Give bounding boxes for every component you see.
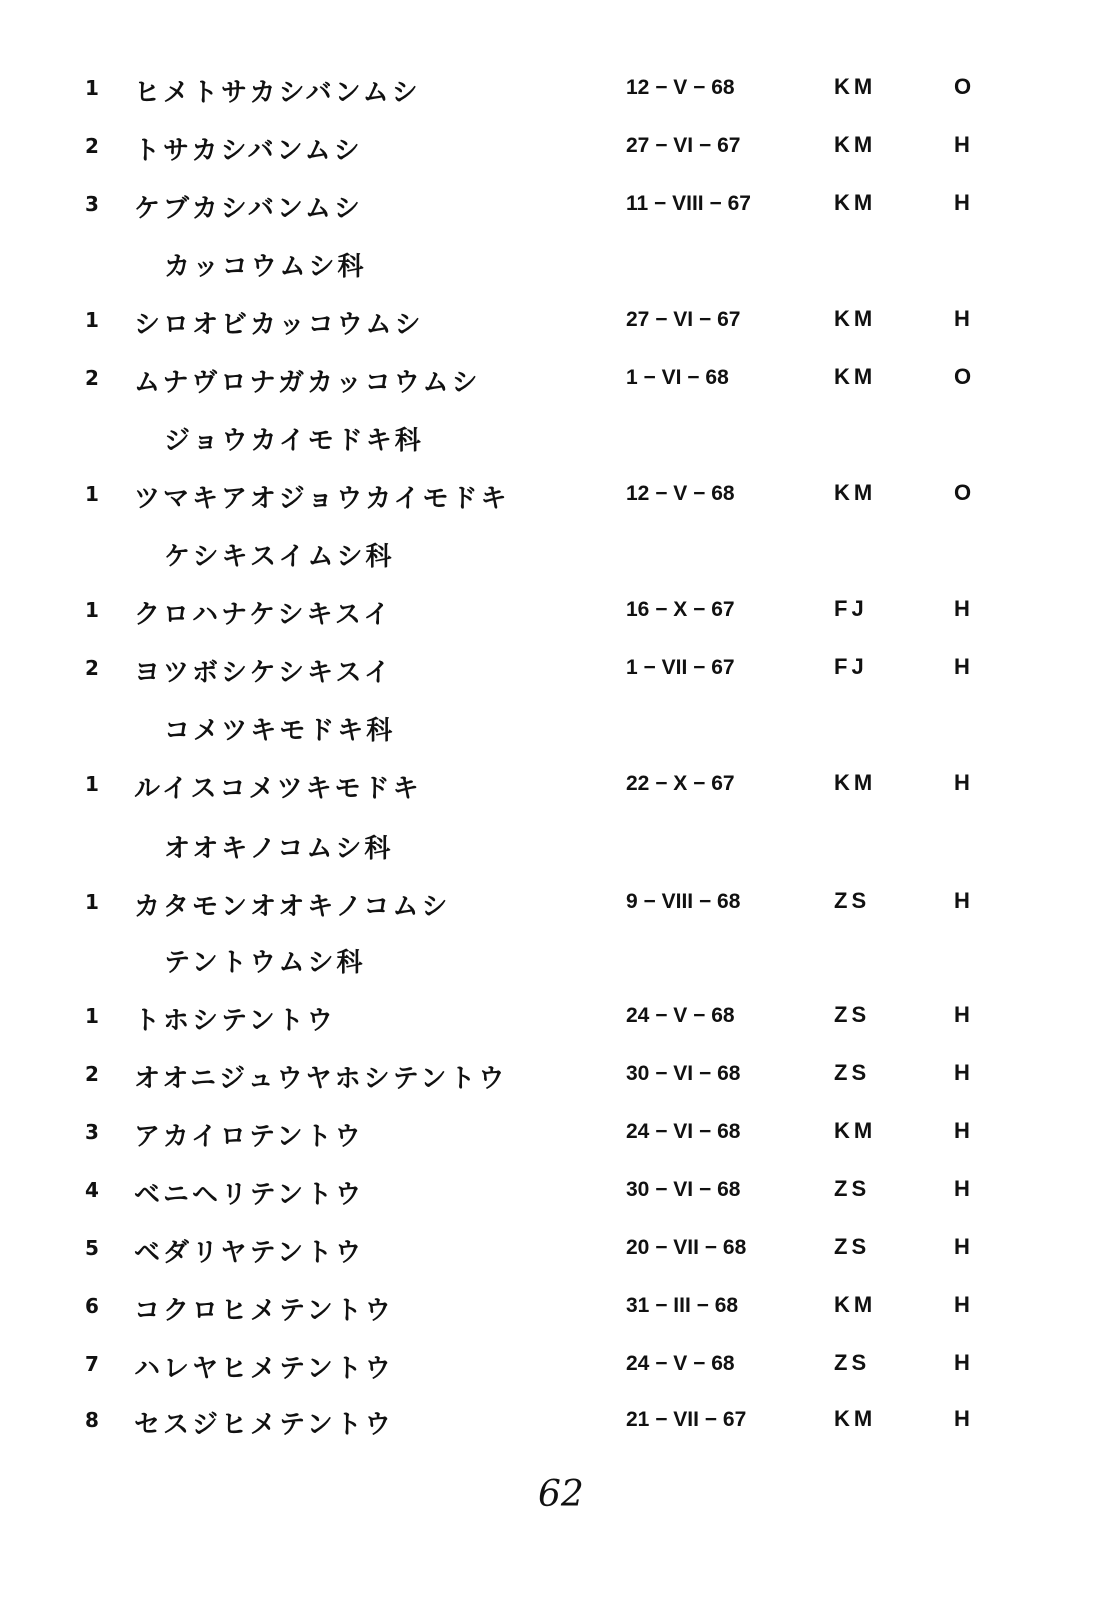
collection-date: 1 − VII − 67 — [626, 656, 776, 680]
record-type: O — [954, 74, 971, 100]
record-type: H — [954, 596, 970, 622]
record-type: H — [954, 888, 970, 914]
collection-date: 12 − V − 68 — [626, 482, 776, 506]
collection-date: 30 − VI − 68 — [626, 1062, 776, 1086]
collector-code: ZS — [834, 1234, 870, 1260]
species-name: ムナヴロナガカッコウムシ — [134, 362, 480, 399]
record-type: O — [954, 480, 971, 506]
species-number: 8 — [80, 1408, 104, 1432]
record-type: H — [954, 1292, 970, 1318]
species-row: 8 セスジヒメテントウ 21 − VII − 67 KM H — [0, 1402, 1100, 1442]
collector-code: ZS — [834, 1060, 870, 1086]
species-row: 1 シロオビカッコウムシ 27 − VI − 67 KM H — [0, 302, 1100, 342]
family-heading-row: コメツキモドキ科 — [0, 708, 1100, 748]
species-number: 1 — [80, 772, 104, 796]
species-number: 1 — [80, 598, 104, 622]
family-heading: オオキノコムシ科 — [164, 828, 393, 865]
collector-code: KM — [834, 132, 876, 158]
record-type: H — [954, 770, 970, 796]
collection-date: 24 − V − 68 — [626, 1352, 776, 1376]
collection-date: 16 − X − 67 — [626, 598, 776, 622]
collector-code: KM — [834, 1406, 876, 1432]
species-row: 4 ベニヘリテントウ 30 − VI − 68 ZS H — [0, 1172, 1100, 1212]
record-type: H — [954, 1002, 970, 1028]
record-type: H — [954, 1406, 970, 1432]
species-row: 2 トサカシバンムシ 27 − VI − 67 KM H — [0, 128, 1100, 168]
species-row: 2 オオニジュウヤホシテントウ 30 − VI − 68 ZS H — [0, 1056, 1100, 1096]
page-number: 62 — [538, 1474, 584, 1515]
species-number: 1 — [80, 76, 104, 100]
species-row: 1 ルイスコメツキモドキ 22 − X − 67 KM H — [0, 766, 1100, 806]
record-type: H — [954, 1176, 970, 1202]
collection-date: 9 − VIII − 68 — [626, 890, 776, 914]
collection-date: 24 − V − 68 — [626, 1004, 776, 1028]
species-row: 3 ケブカシバンムシ 11 − VIII − 67 KM H — [0, 186, 1100, 226]
record-type: O — [954, 364, 971, 390]
collector-code: FJ — [834, 596, 868, 622]
collection-date: 27 − VI − 67 — [626, 134, 776, 158]
collector-code: KM — [834, 74, 876, 100]
species-row: 6 コクロヒメテントウ 31 − III − 68 KM H — [0, 1288, 1100, 1328]
collector-code: FJ — [834, 654, 868, 680]
species-name: クロハナケシキスイ — [134, 594, 392, 631]
record-type: H — [954, 1060, 970, 1086]
species-number: 3 — [80, 1120, 104, 1144]
record-type: H — [954, 132, 970, 158]
species-row: 3 アカイロテントウ 24 − VI − 68 KM H — [0, 1114, 1100, 1154]
document-page: 1 ヒメトサカシバンムシ 12 − V − 68 KM O 2 トサカシバンムシ… — [0, 0, 1100, 1609]
species-row: 1 クロハナケシキスイ 16 − X − 67 FJ H — [0, 592, 1100, 632]
species-number: 2 — [80, 1062, 104, 1086]
species-number: 2 — [80, 656, 104, 680]
species-number: 7 — [80, 1352, 104, 1376]
species-row: 1 ヒメトサカシバンムシ 12 − V − 68 KM O — [0, 70, 1100, 110]
record-type: H — [954, 190, 970, 216]
collection-date: 31 − III − 68 — [626, 1294, 776, 1318]
family-heading: テントウムシ科 — [164, 942, 365, 979]
species-number: 1 — [80, 1004, 104, 1028]
species-name: コクロヒメテントウ — [134, 1290, 394, 1327]
species-row: 1 ツマキアオジョウカイモドキ 12 − V − 68 KM O — [0, 476, 1100, 516]
collector-code: ZS — [834, 888, 870, 914]
species-number: 6 — [80, 1294, 104, 1318]
record-type: H — [954, 654, 970, 680]
species-name: ベダリヤテントウ — [134, 1232, 364, 1269]
species-name: トホシテントウ — [134, 1000, 336, 1037]
collection-date: 30 − VI − 68 — [626, 1178, 776, 1202]
family-heading: ジョウカイモドキ科 — [164, 420, 424, 457]
collector-code: KM — [834, 1118, 876, 1144]
species-row: 7 ハレヤヒメテントウ 24 − V − 68 ZS H — [0, 1346, 1100, 1386]
species-row: 2 ヨツボシケシキスイ 1 − VII − 67 FJ H — [0, 650, 1100, 690]
family-heading: コメツキモドキ科 — [164, 710, 395, 747]
collection-date: 24 − VI − 68 — [626, 1120, 776, 1144]
species-number: 5 — [80, 1236, 104, 1260]
species-number: 4 — [80, 1178, 104, 1202]
collection-date: 27 − VI − 67 — [626, 308, 776, 332]
family-heading: カッコウムシ科 — [164, 246, 366, 283]
record-type: H — [954, 306, 970, 332]
species-name: トサカシバンムシ — [134, 130, 363, 167]
species-row: 5 ベダリヤテントウ 20 − VII − 68 ZS H — [0, 1230, 1100, 1270]
species-name: カタモンオオキノコムシ — [134, 886, 450, 923]
collection-date: 12 − V − 68 — [626, 76, 776, 100]
collection-date: 1 − VI − 68 — [626, 366, 776, 390]
collection-date: 20 − VII − 68 — [626, 1236, 776, 1260]
species-number: 1 — [80, 482, 104, 506]
collector-code: KM — [834, 190, 876, 216]
collector-code: KM — [834, 480, 876, 506]
family-heading: ケシキスイムシ科 — [164, 536, 394, 573]
collection-date: 21 − VII − 67 — [626, 1408, 776, 1432]
collection-date: 11 − VIII − 67 — [626, 192, 776, 216]
collector-code: ZS — [834, 1350, 870, 1376]
species-number: 3 — [80, 192, 104, 216]
species-row: 1 カタモンオオキノコムシ 9 − VIII − 68 ZS H — [0, 884, 1100, 924]
species-number: 2 — [80, 366, 104, 390]
species-name: ケブカシバンムシ — [134, 188, 363, 225]
species-name: ヨツボシケシキスイ — [134, 652, 393, 689]
species-name: ハレヤヒメテントウ — [134, 1348, 394, 1385]
family-heading-row: テントウムシ科 — [0, 940, 1100, 980]
species-number: 1 — [80, 890, 104, 914]
species-name: セスジヒメテントウ — [134, 1404, 394, 1441]
species-row: 1 トホシテントウ 24 − V − 68 ZS H — [0, 998, 1100, 1038]
species-row: 2 ムナヴロナガカッコウムシ 1 − VI − 68 KM O — [0, 360, 1100, 400]
family-heading-row: ジョウカイモドキ科 — [0, 418, 1100, 458]
species-name: シロオビカッコウムシ — [134, 304, 423, 341]
collector-code: KM — [834, 306, 876, 332]
species-name: アカイロテントウ — [134, 1116, 364, 1153]
species-name: ヒメトサカシバンムシ — [134, 72, 421, 109]
collector-code: KM — [834, 770, 876, 796]
family-heading-row: カッコウムシ科 — [0, 244, 1100, 284]
record-type: H — [954, 1350, 970, 1376]
collector-code: ZS — [834, 1002, 870, 1028]
species-name: ベニヘリテントウ — [134, 1174, 364, 1211]
species-name: オオニジュウヤホシテントウ — [134, 1058, 507, 1095]
species-name: ルイスコメツキモドキ — [134, 768, 422, 805]
species-number: 1 — [80, 308, 104, 332]
family-heading-row: オオキノコムシ科 — [0, 826, 1100, 866]
record-type: H — [954, 1118, 970, 1144]
species-number: 2 — [80, 134, 104, 158]
collector-code: KM — [834, 1292, 876, 1318]
record-type: H — [954, 1234, 970, 1260]
collection-date: 22 − X − 67 — [626, 772, 776, 796]
family-heading-row: ケシキスイムシ科 — [0, 534, 1100, 574]
species-name: ツマキアオジョウカイモドキ — [134, 478, 509, 515]
collector-code: KM — [834, 364, 876, 390]
collector-code: ZS — [834, 1176, 870, 1202]
